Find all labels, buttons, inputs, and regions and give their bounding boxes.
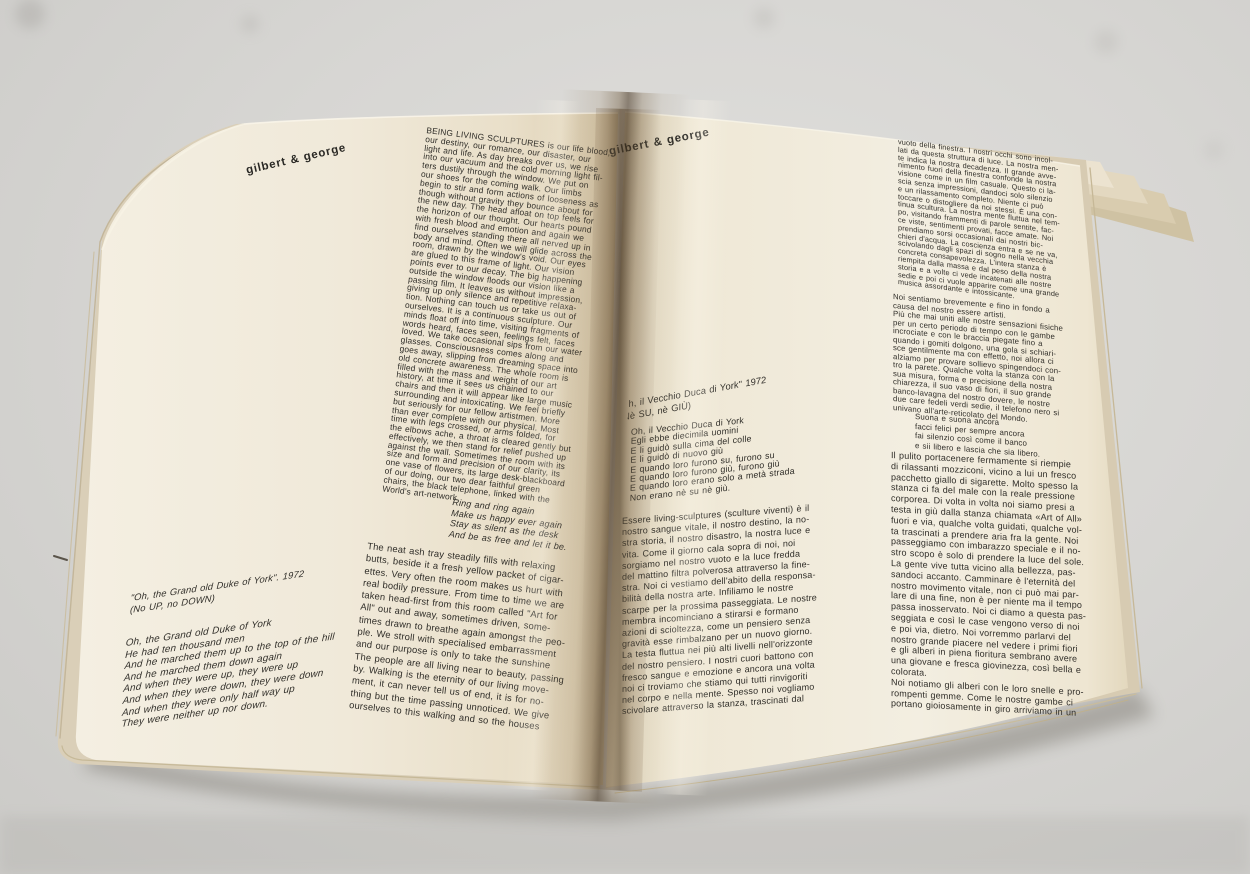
- right-column-right-3: Il pulito portacenere fermamente si riem…: [891, 450, 1133, 722]
- right-column-right-1: vuoto della finestra. I nostri occhi son…: [898, 138, 1078, 308]
- right-page: "Oh, il Vecchio Duca di York" 1972 (Nè S…: [598, 92, 1158, 808]
- left-page: BEING LIVING SCULPTURES is our life bloo…: [50, 95, 660, 805]
- right-column-left: Essere living-sculptures (sculture viven…: [622, 500, 854, 718]
- right-column-right-2: Noi sentiamo brevemente e fino in fondo …: [893, 293, 1073, 428]
- left-poem-duke: Oh, the Grand old Duke of York He had te…: [121, 601, 388, 730]
- right-poem-duke-it: Oh, il Vecchio Duca di York Egli ebbe di…: [630, 404, 862, 503]
